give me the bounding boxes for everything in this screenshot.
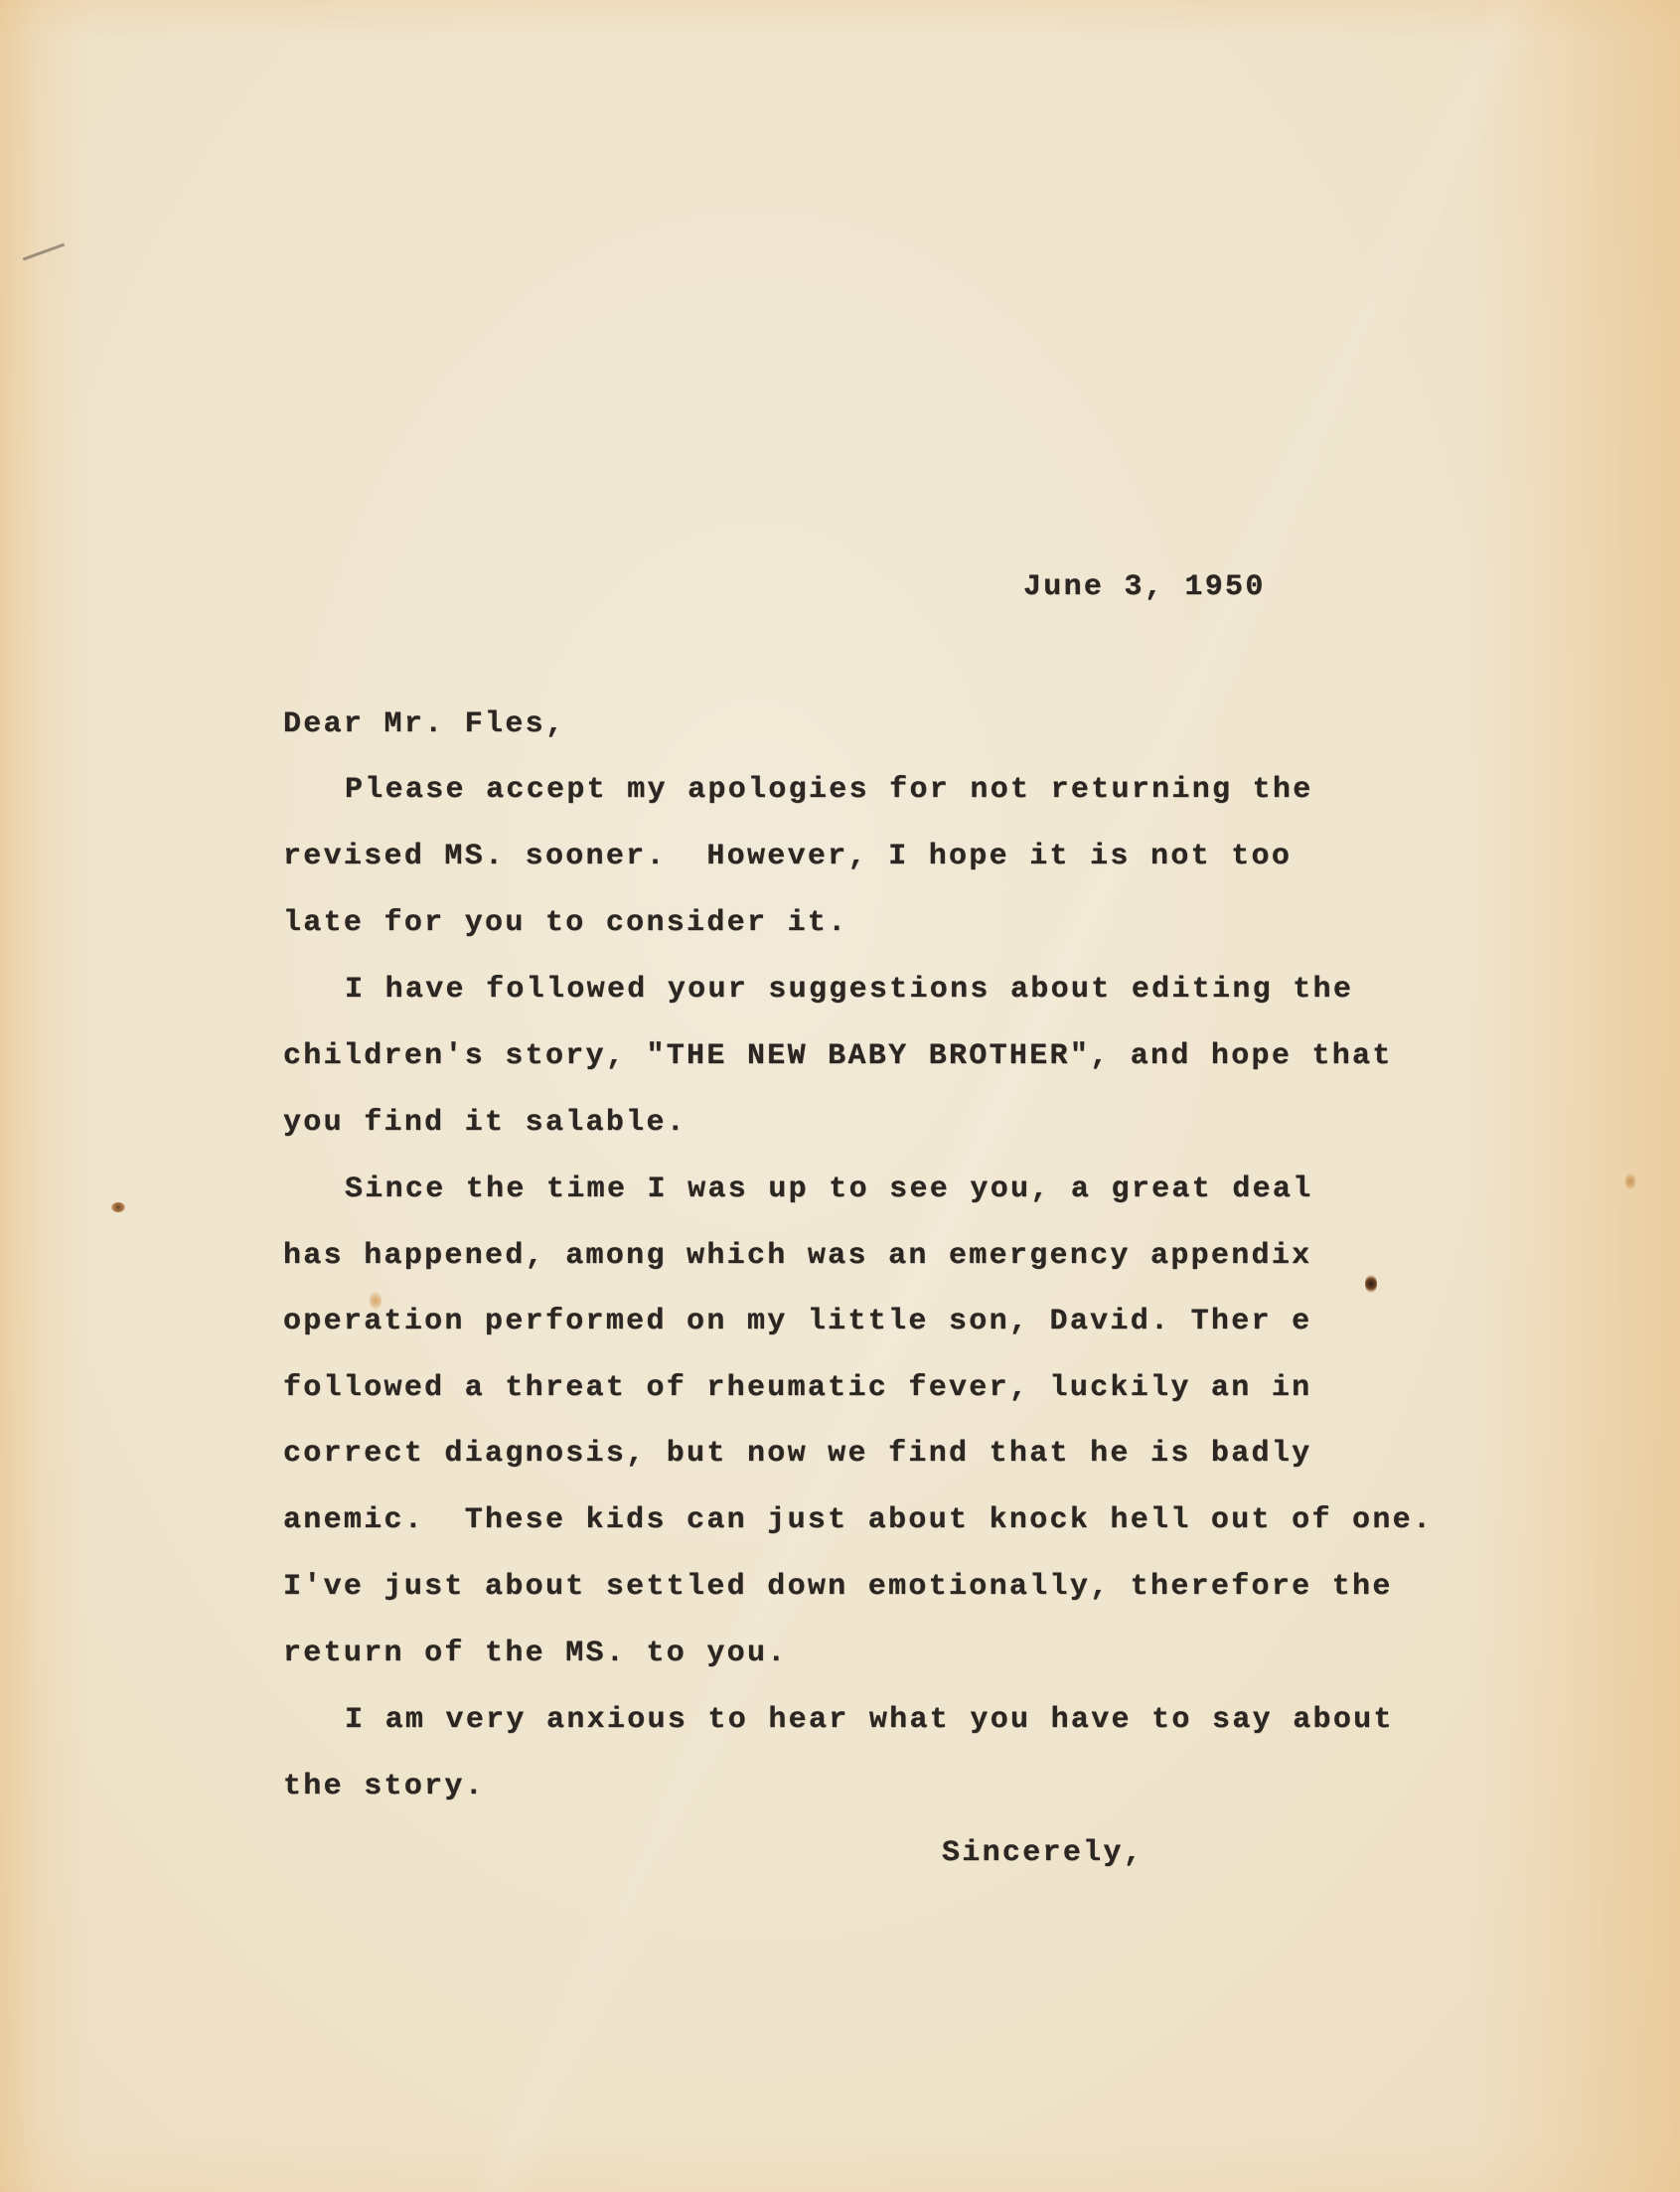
stain-spot xyxy=(111,1202,125,1212)
stain-spot xyxy=(1365,1275,1377,1293)
body-line: Since the time I was up to see you, a gr… xyxy=(345,1173,1313,1206)
body-line: children's story, "THE NEW BABY BROTHER"… xyxy=(283,1039,1393,1073)
body-line: anemic. These kids can just about knock … xyxy=(283,1503,1433,1537)
pencil-mark xyxy=(23,243,65,261)
letter-page: June 3, 1950 Dear Mr. Fles, Please accep… xyxy=(0,0,1680,2192)
salutation: Dear Mr. Fles, xyxy=(283,707,565,741)
body-line: Please accept my apologies for not retur… xyxy=(345,773,1313,807)
body-line: late for you to consider it. xyxy=(283,906,847,940)
closing: Sincerely, xyxy=(942,1836,1144,1870)
paper-fold-crease xyxy=(0,0,1680,2192)
body-line: you find it salable. xyxy=(283,1106,687,1140)
body-line: I am very anxious to hear what you have … xyxy=(345,1703,1394,1737)
body-line: correct diagnosis, but now we find that … xyxy=(283,1437,1311,1471)
body-line: has happened, among which was an emergen… xyxy=(283,1239,1311,1273)
body-line: operation performed on my little son, Da… xyxy=(283,1305,1311,1338)
body-line: revised MS. sooner. However, I hope it i… xyxy=(283,840,1292,873)
body-line: I have followed your suggestions about e… xyxy=(345,973,1353,1007)
letter-date: June 3, 1950 xyxy=(1023,570,1266,604)
body-line: return of the MS. to you. xyxy=(283,1637,788,1670)
body-line: I've just about settled down emotionally… xyxy=(283,1570,1393,1604)
body-line: followed a threat of rheumatic fever, lu… xyxy=(283,1371,1311,1405)
body-line: the story. xyxy=(283,1770,485,1803)
stain-spot xyxy=(1625,1174,1635,1189)
